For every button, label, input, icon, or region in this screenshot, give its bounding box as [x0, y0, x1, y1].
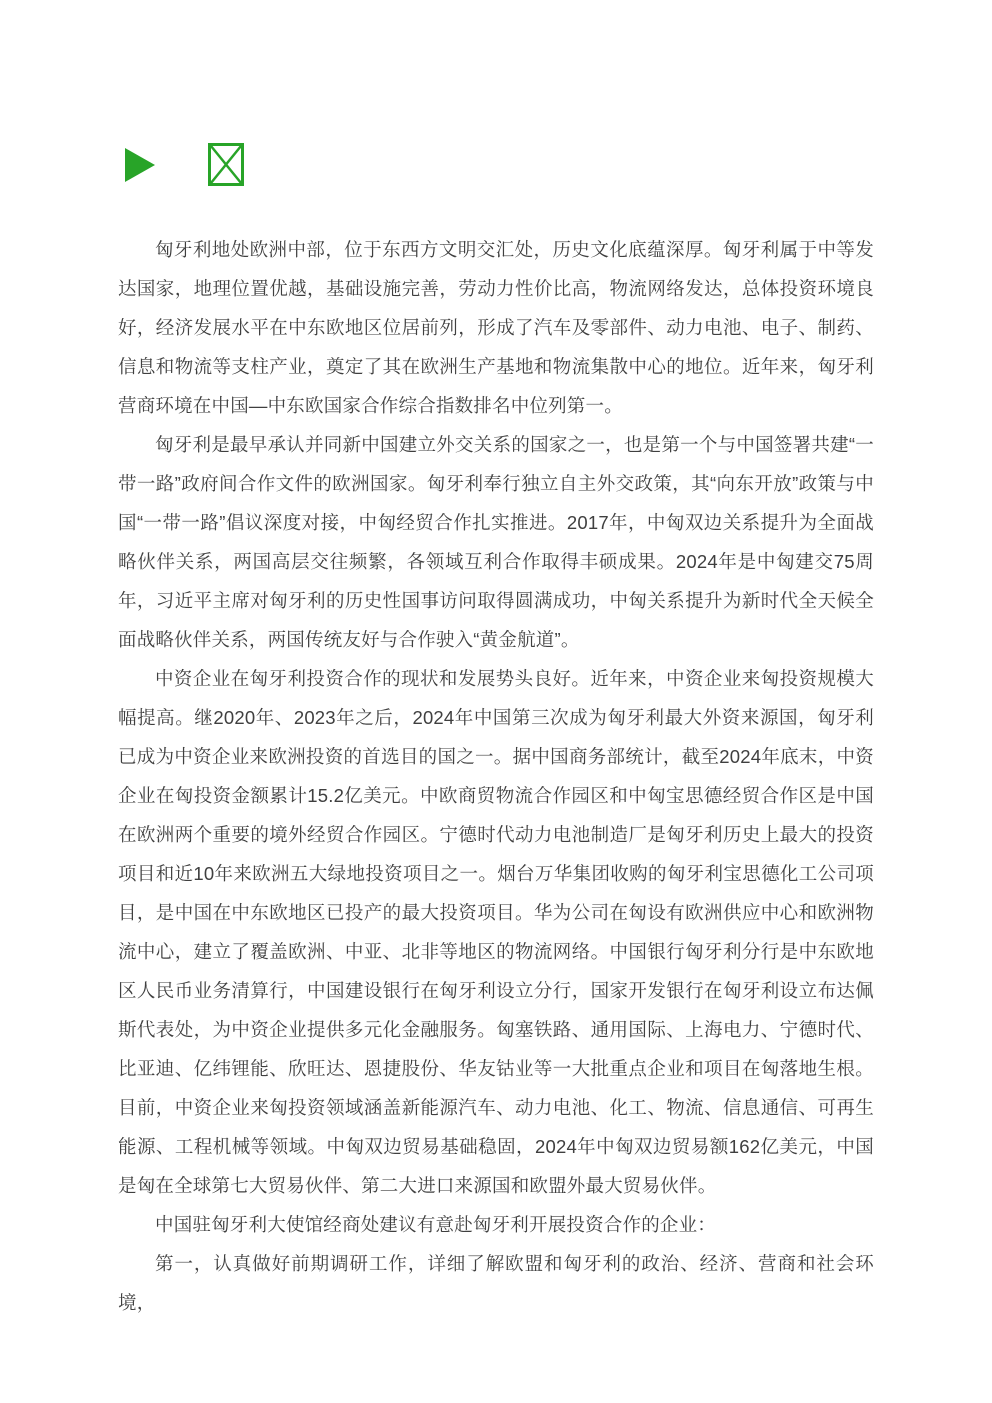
article-body: 匈牙利地处欧洲中部，位于东西方文明交汇处，历史文化底蕴深厚。匈牙利属于中等发达国…	[118, 230, 874, 1322]
paragraph-embassy-advice-lead: 中国驻匈牙利大使馆经商处建议有意赴匈牙利开展投资合作的企业：	[118, 1205, 874, 1244]
play-icon[interactable]	[125, 148, 155, 182]
paragraph-overview: 匈牙利地处欧洲中部，位于东西方文明交汇处，历史文化底蕴深厚。匈牙利属于中等发达国…	[118, 230, 874, 425]
paragraph-investment-status: 中资企业在匈牙利投资合作的现状和发展势头良好。近年来，中资企业来匈投资规模大幅提…	[118, 659, 874, 1205]
paragraph-advice-item-1: 第一，认真做好前期调研工作，详细了解欧盟和匈牙利的政治、经济、营商和社会环境，	[118, 1244, 874, 1322]
document-page: 匈牙利地处欧洲中部，位于东西方文明交汇处，历史文化底蕴深厚。匈牙利属于中等发达国…	[0, 0, 992, 1403]
media-placeholders	[125, 143, 244, 186]
paragraph-diplomatic-relations: 匈牙利是最早承认并同新中国建立外交关系的国家之一，也是第一个与中国签署共建“一带…	[118, 425, 874, 659]
broken-image-icon[interactable]	[208, 143, 244, 186]
